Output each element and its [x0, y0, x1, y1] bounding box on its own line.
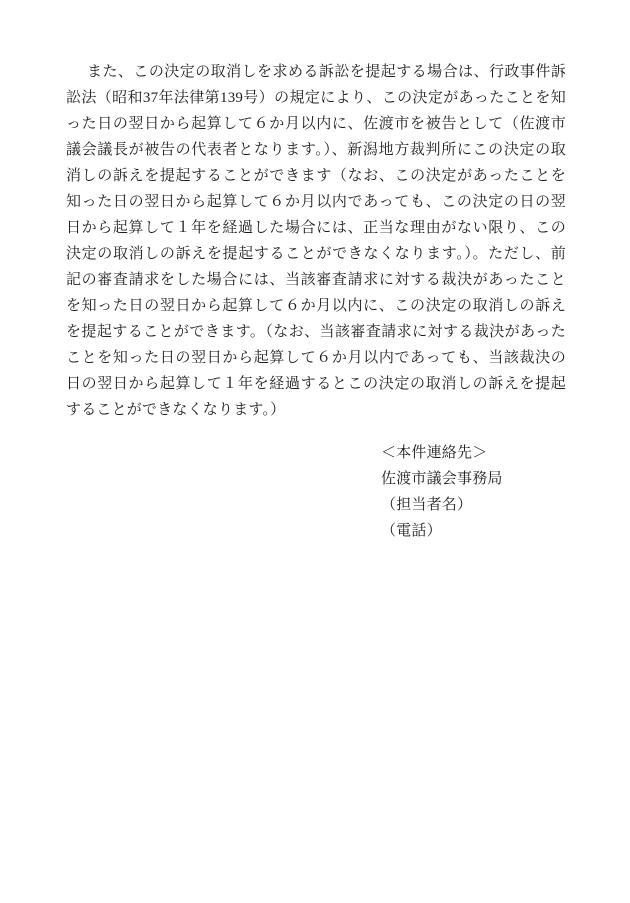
- contact-heading: ＜本件連絡先＞: [381, 440, 503, 466]
- body-line: することができなくなります。）: [66, 397, 566, 423]
- body-line: 記の審査請求をした場合には、当該審査請求に対する裁決があったこと: [66, 267, 566, 293]
- body-line: 決定の取消しの訴えを提起することができなくなります。）。ただし、前: [66, 241, 566, 267]
- body-line: 議会議長が被告の代表者となります。）、新潟地方裁判所にこの決定の取: [66, 137, 566, 163]
- contact-phone: （電話）: [381, 518, 503, 544]
- contact-person: （担当者名）: [381, 492, 503, 518]
- body-line: 知った日の翌日から起算して６か月以内であっても、この決定の日の翌: [66, 189, 566, 215]
- body-line: 日の翌日から起算して１年を経過するとこの決定の取消しの訴えを提起: [66, 371, 566, 397]
- body-line: 訟法（昭和37年法律第139号）の規定により、この決定があったことを知: [66, 85, 566, 111]
- body-paragraph: また、この決定の取消しを求める訴訟を提起する場合は、行政事件訴 訟法（昭和37年…: [66, 59, 566, 423]
- body-line: また、この決定の取消しを求める訴訟を提起する場合は、行政事件訴: [66, 59, 566, 85]
- body-line: った日の翌日から起算して６か月以内に、佐渡市を被告として（佐渡市: [66, 111, 566, 137]
- contact-block: ＜本件連絡先＞ 佐渡市議会事務局 （担当者名） （電話）: [381, 440, 503, 544]
- body-line: 消しの訴えを提起することができます（なお、この決定があったことを: [66, 163, 566, 189]
- body-line: を知った日の翌日から起算して６か月以内に、この決定の取消しの訴え: [66, 293, 566, 319]
- document-page: また、この決定の取消しを求める訴訟を提起する場合は、行政事件訴 訟法（昭和37年…: [0, 0, 630, 903]
- body-line: ことを知った日の翌日から起算して６か月以内であっても、当該裁決の: [66, 345, 566, 371]
- body-line: を提起することができます。（なお、当該審査請求に対する裁決があった: [66, 319, 566, 345]
- contact-office: 佐渡市議会事務局: [381, 466, 503, 492]
- body-line: 日から起算して１年を経過した場合には、正当な理由がない限り、この: [66, 215, 566, 241]
